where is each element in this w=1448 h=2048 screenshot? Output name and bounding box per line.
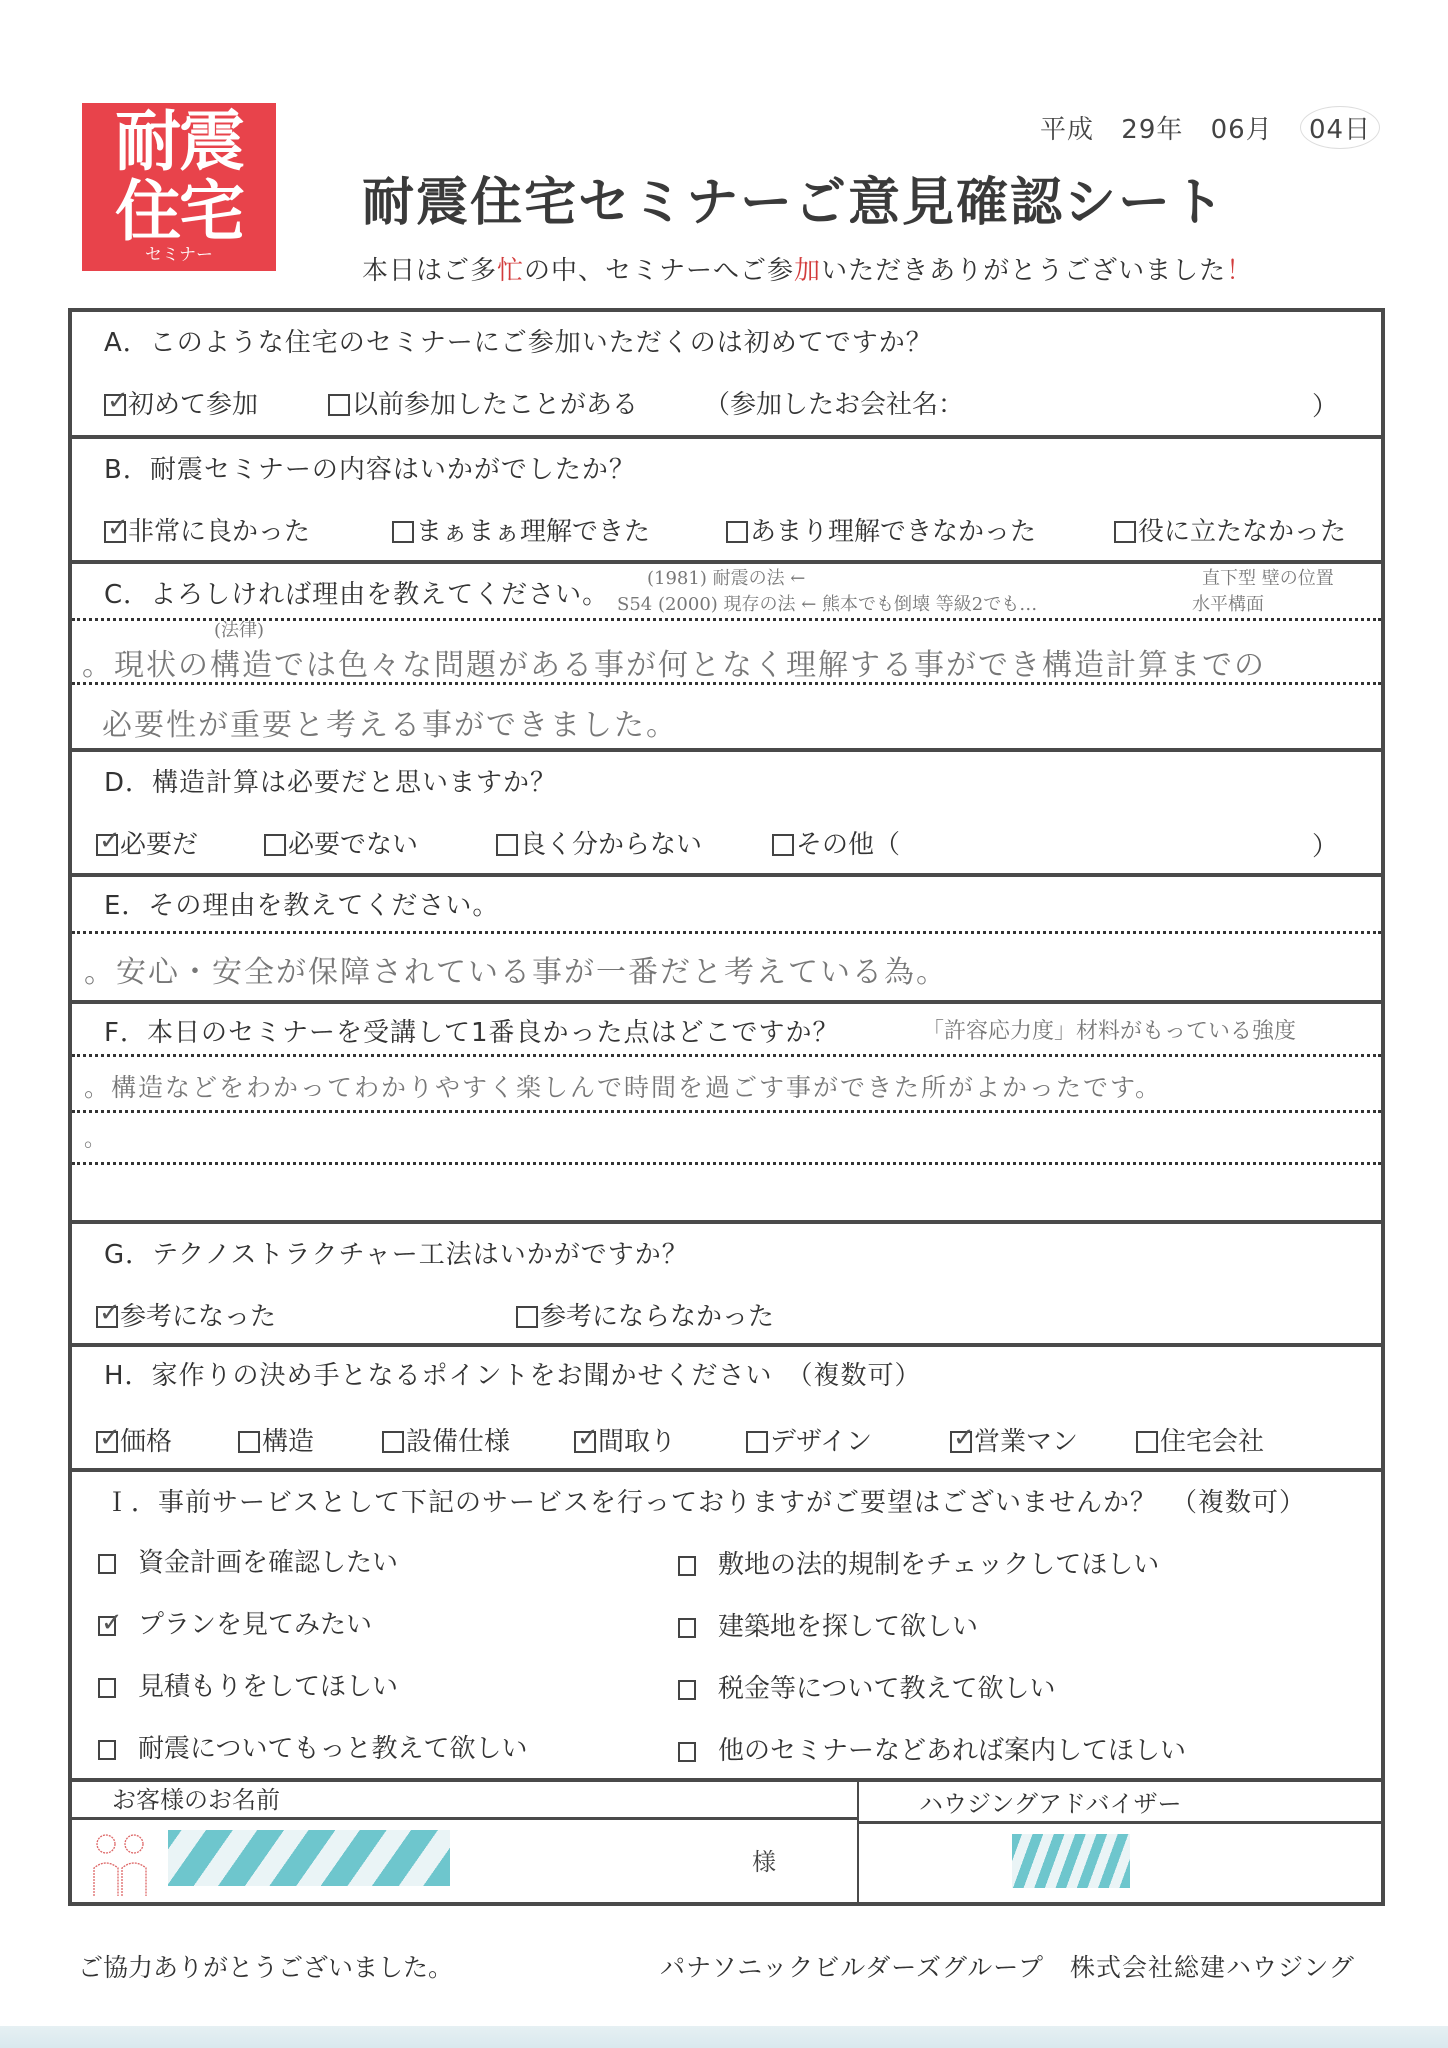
date-day: 04日 <box>1300 106 1380 149</box>
section-g: G．テクノストラクチャー工法はいかがですか？ 参考になった 参考にならなかった <box>72 1224 1381 1347</box>
dotted-line <box>72 1110 1381 1113</box>
close-paren: ） <box>1312 386 1338 423</box>
subtitle-accent: 加 <box>794 256 821 286</box>
handwritten-note: 直下型 壁の位置 <box>1202 564 1334 590</box>
option-equipment[interactable]: 設備仕様 <box>382 1421 510 1458</box>
dotted-line <box>72 682 1381 685</box>
checkbox-checked[interactable] <box>96 1306 118 1328</box>
option-label: あまり理解できなかった <box>750 517 1036 547</box>
option-legal-check[interactable]: 敷地の法的規制をチェックしてほしい <box>678 1544 1159 1581</box>
close-paren: ） <box>1312 826 1338 863</box>
checkbox[interactable] <box>98 1554 116 1574</box>
subtitle: 本日はご多忙の中、セミナーへご参加いただきありがとうございました！ <box>362 250 1253 287</box>
checkbox[interactable] <box>392 521 414 543</box>
option-label: 耐震についてもっと教えて欲しい <box>138 1734 527 1764</box>
option-label: 構造 <box>262 1427 314 1457</box>
checkbox[interactable] <box>238 1431 260 1453</box>
checkbox[interactable] <box>678 1742 696 1762</box>
question-f: F．本日のセミナーを受講して1番良かった点はどこですか？ <box>104 1012 840 1049</box>
option-label: 参考にならなかった <box>540 1302 774 1332</box>
checkbox[interactable] <box>772 834 794 856</box>
question-g: G．テクノストラクチャー工法はいかがですか？ <box>104 1234 689 1271</box>
checkbox[interactable] <box>746 1431 768 1453</box>
section-i: Ｉ．事前サービスとして下記のサービスを行っておりますがご要望はございませんか？ … <box>72 1472 1381 1782</box>
subtitle-part: 本日はご多 <box>362 256 497 286</box>
answer-f-line1[interactable]: 。構造などをわかってわかりやすく楽しんで時間を過ごす事ができた所がよかったです。 <box>84 1068 1162 1104</box>
handwritten-note: S54 (2000) 現存の法 ← 熊本でも倒壊 等級2でも… <box>617 590 1037 616</box>
option-estimate[interactable]: 見積もりをしてほしい <box>98 1666 398 1703</box>
checkbox[interactable] <box>678 1556 696 1576</box>
advisor-name-redacted <box>1012 1834 1130 1888</box>
section-h: H．家作りの決め手となるポイントをお聞かせください （複数可） 価格 構造 設備… <box>72 1347 1381 1472</box>
option-label: プランを見てみたい <box>138 1610 372 1640</box>
option-dont-know[interactable]: 良く分からない <box>496 824 702 861</box>
answer-c-line2[interactable]: 必要性が重要と考える事ができました。 <box>102 700 678 744</box>
answer-c-line1[interactable]: 。現状の構造では色々な問題がある事が何となく理解する事ができ構造計算までの <box>82 640 1266 684</box>
option-attended-before[interactable]: 以前参加したことがある <box>328 384 638 421</box>
survey-form: A．このような住宅のセミナーにご参加いただくのは初めてですか？ 初めて参加 以前… <box>68 308 1385 1906</box>
column-divider <box>857 1782 859 1906</box>
option-label: デザイン <box>770 1427 872 1457</box>
option-not-necessary[interactable]: 必要でない <box>264 824 418 861</box>
footer-company: パナソニックビルダーズグループ 株式会社総建ハウジング <box>660 1948 1355 1984</box>
advisor-label: ハウジングアドバイザー <box>859 1786 1381 1824</box>
checkbox[interactable] <box>1114 521 1136 543</box>
option-helpful[interactable]: 参考になった <box>96 1296 276 1333</box>
option-find-land[interactable]: 建築地を探して欲しい <box>678 1606 978 1643</box>
option-not-understood[interactable]: あまり理解できなかった <box>726 511 1036 548</box>
date-month: 06月 <box>1211 115 1273 145</box>
option-tax-info[interactable]: 税金等について教えて欲しい <box>678 1668 1055 1705</box>
question-c: C．よろしければ理由を教えてください。 <box>104 574 609 611</box>
option-necessary[interactable]: 必要だ <box>96 824 198 861</box>
checkbox[interactable] <box>382 1431 404 1453</box>
option-label: 非常に良かった <box>128 517 310 547</box>
section-e: E．その理由を教えてください。 。安心・安全が保障されている事が一番だと考えてい… <box>72 877 1381 1004</box>
honorific-sama: 様 <box>752 1842 776 1877</box>
checkbox[interactable] <box>328 394 350 416</box>
checkbox[interactable] <box>516 1306 538 1328</box>
section-c: C．よろしければ理由を教えてください。 (1981) 耐震の法 ← S54 (2… <box>72 564 1381 752</box>
option-label: 必要だ <box>120 830 198 860</box>
customer-name-redacted <box>168 1830 450 1886</box>
option-other-seminars[interactable]: 他のセミナーなどあれば案内してほしい <box>678 1730 1186 1767</box>
logo-line3: セミナー <box>82 245 276 265</box>
option-label: 参考になった <box>120 1302 276 1332</box>
option-first-time[interactable]: 初めて参加 <box>104 384 258 421</box>
subtitle-part: の中、セミナーへご参 <box>524 256 794 286</box>
option-label: 間取り <box>598 1427 676 1457</box>
option-somewhat-understood[interactable]: まぁまぁ理解できた <box>392 511 650 548</box>
handwritten-note: (1981) 耐震の法 ← <box>647 564 805 590</box>
option-housing-company[interactable]: 住宅会社 <box>1136 1421 1264 1458</box>
subtitle-accent: ！ <box>1226 256 1253 286</box>
option-label: まぁまぁ理解できた <box>416 517 650 547</box>
subtitle-accent: 忙 <box>497 256 524 286</box>
section-d: D．構造計算は必要だと思いますか？ 必要だ 必要でない 良く分からない その他（… <box>72 752 1381 877</box>
option-label: 以前参加したことがある <box>352 390 638 420</box>
checkbox[interactable] <box>678 1618 696 1638</box>
question-a: A．このような住宅のセミナーにご参加いただくのは初めてですか？ <box>104 322 933 359</box>
scan-edge <box>0 2026 1448 2048</box>
section-a: A．このような住宅のセミナーにご参加いただくのは初めてですか？ 初めて参加 以前… <box>72 312 1381 439</box>
checkbox-checked[interactable] <box>98 1616 116 1636</box>
dotted-line <box>72 931 1381 934</box>
checkbox[interactable] <box>1136 1431 1158 1453</box>
section-f: F．本日のセミナーを受講して1番良かった点はどこですか？ 「許容応力度」材料がも… <box>72 1004 1381 1224</box>
option-earthquake-info[interactable]: 耐震についてもっと教えて欲しい <box>98 1728 527 1765</box>
answer-e-line1[interactable]: 。安心・安全が保障されている事が一番だと考えている為。 <box>84 947 948 991</box>
option-label: 建築地を探して欲しい <box>718 1612 978 1642</box>
option-other[interactable]: その他（ <box>772 824 900 861</box>
option-label: 良く分からない <box>520 830 702 860</box>
logo-line1: 耐震 <box>82 107 276 177</box>
option-see-plans[interactable]: プランを見てみたい <box>98 1604 372 1641</box>
option-not-useful[interactable]: 役に立たなかった <box>1114 511 1346 548</box>
handwritten-note: 水平構面 <box>1192 590 1264 616</box>
handwritten-note: 「許容応力度」材料がもっている強度 <box>922 1014 1296 1045</box>
question-b: B．耐震セミナーの内容はいかがでしたか？ <box>104 449 636 486</box>
answer-f-line2[interactable]: 。 <box>84 1122 108 1153</box>
footer-thanks: ご協力ありがとうございました。 <box>78 1948 453 1984</box>
checkbox[interactable] <box>98 1740 116 1760</box>
checkbox-checked[interactable] <box>574 1431 596 1453</box>
option-not-helpful[interactable]: 参考にならなかった <box>516 1296 774 1333</box>
question-d: D．構造計算は必要だと思いますか？ <box>104 762 557 799</box>
option-label: 設備仕様 <box>406 1427 510 1457</box>
form-date: 平成 29年 06月 04日 <box>1040 106 1380 149</box>
checkbox-checked[interactable] <box>96 1431 118 1453</box>
option-salesperson[interactable]: 営業マン <box>950 1421 1078 1458</box>
option-very-good[interactable]: 非常に良かった <box>104 511 310 548</box>
option-label: 住宅会社 <box>1160 1427 1264 1457</box>
checkbox[interactable] <box>678 1680 696 1700</box>
option-design[interactable]: デザイン <box>746 1421 872 1458</box>
question-h: H．家作りの決め手となるポイントをお聞かせください （複数可） <box>104 1355 922 1392</box>
option-label: 見積もりをしてほしい <box>138 1672 398 1702</box>
checkbox[interactable] <box>726 521 748 543</box>
couple-illustration-icon <box>90 1830 152 1896</box>
option-price[interactable]: 価格 <box>96 1421 172 1458</box>
option-label: 初めて参加 <box>128 390 258 420</box>
option-label: 資金計画を確認したい <box>138 1548 398 1578</box>
option-label: その他（ <box>796 830 900 860</box>
option-label: 必要でない <box>288 830 418 860</box>
checkbox-checked[interactable] <box>104 521 126 543</box>
company-name-label: （参加したお会社名： <box>704 384 964 421</box>
logo-line2: 住宅 <box>82 177 276 247</box>
customer-name-label: お客様のお名前 <box>72 1782 857 1820</box>
option-label: 役に立たなかった <box>1138 517 1346 547</box>
option-label: 営業マン <box>974 1427 1078 1457</box>
date-year: 29年 <box>1121 115 1183 145</box>
date-era: 平成 <box>1040 115 1094 145</box>
option-label: 敷地の法的規制をチェックしてほしい <box>718 1550 1159 1580</box>
option-structure[interactable]: 構造 <box>238 1421 314 1458</box>
question-i: Ｉ．事前サービスとして下記のサービスを行っておりますがご要望はございませんか？ … <box>104 1482 1306 1519</box>
subtitle-part: いただきありがとうございました <box>821 256 1226 286</box>
dotted-line <box>72 1054 1381 1057</box>
question-e: E．その理由を教えてください。 <box>104 885 499 922</box>
checkbox-checked[interactable] <box>104 394 126 416</box>
option-label: 他のセミナーなどあれば案内してほしい <box>718 1736 1186 1766</box>
option-label: 価格 <box>120 1427 172 1457</box>
dotted-line <box>72 1162 1381 1165</box>
section-b: B．耐震セミナーの内容はいかがでしたか？ 非常に良かった まぁまぁ理解できた あ… <box>72 439 1381 564</box>
name-block: お客様のお名前 ハウジングアドバイザー 様 <box>72 1782 1381 1906</box>
option-label: 税金等について教えて欲しい <box>718 1674 1055 1704</box>
checkbox[interactable] <box>264 834 286 856</box>
option-floor-plan[interactable]: 間取り <box>574 1421 676 1458</box>
option-funding-plan[interactable]: 資金計画を確認したい <box>98 1542 398 1579</box>
checkbox[interactable] <box>98 1678 116 1698</box>
seminar-logo: 耐震 住宅 セミナー <box>82 103 276 271</box>
page-title: 耐震住宅セミナーご意見確認シート <box>362 160 1226 235</box>
checkbox[interactable] <box>496 834 518 856</box>
checkbox-checked[interactable] <box>96 834 118 856</box>
dotted-line <box>72 618 1381 621</box>
checkbox-checked[interactable] <box>950 1431 972 1453</box>
